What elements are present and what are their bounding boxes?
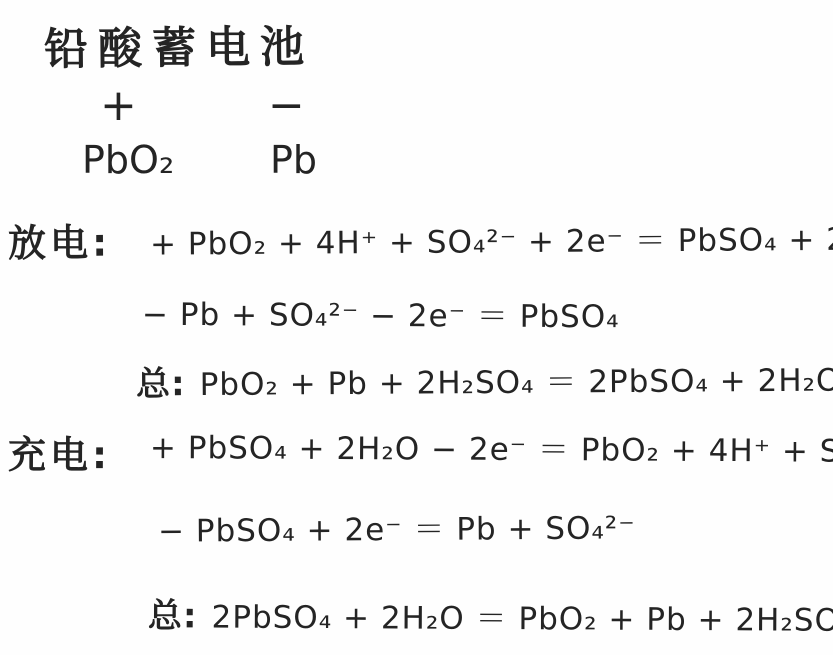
charge-overall-equation: 2PbSO₄ + 2H₂O ＝ PbO₂ + Pb + 2H₂SO₄ <box>211 591 833 639</box>
discharge-overall-label: 总: <box>136 356 186 405</box>
charge-negative-half-equation: − PbSO₄ + 2e⁻ ＝ Pb + SO₄²⁻ <box>158 502 636 550</box>
note-title: 铅酸蓄电池 <box>44 11 315 78</box>
negative-electrode-sign: − <box>268 80 305 131</box>
positive-electrode-sign: + <box>100 80 137 131</box>
charge-overall-label: 总: <box>148 588 198 637</box>
positive-electrode-material: PbO₂ <box>82 138 174 182</box>
discharge-negative-half-equation: − Pb + SO₄²⁻ − 2e⁻ ＝ PbSO₄ <box>142 289 620 337</box>
discharge-section-label: 放电: <box>8 212 112 268</box>
charge-overall-equation-row: 总: 2PbSO₄ + 2H₂O ＝ PbO₂ + Pb + 2H₂SO₄ <box>148 588 833 641</box>
discharge-positive-half-equation: + PbO₂ + 4H⁺ + SO₄²⁻ + 2e⁻ ＝ PbSO₄ + 2H₂… <box>150 213 833 263</box>
charge-positive-half-equation: + PbSO₄ + 2H₂O − 2e⁻ ＝ PbO₂ + 4H⁺ + SO₄²… <box>150 422 833 471</box>
discharge-overall-equation-row: 总: PbO₂ + Pb + 2H₂SO₄ ＝ 2PbSO₄ + 2H₂O <box>136 352 833 406</box>
handwritten-notes-page: 铅酸蓄电池 + − PbO₂ Pb 放电: + PbO₂ + 4H⁺ + SO₄… <box>0 0 833 655</box>
discharge-overall-equation: PbO₂ + Pb + 2H₂SO₄ ＝ 2PbSO₄ + 2H₂O <box>199 355 833 404</box>
negative-electrode-material: Pb <box>270 138 317 182</box>
charge-section-label: 充电: <box>8 424 111 480</box>
